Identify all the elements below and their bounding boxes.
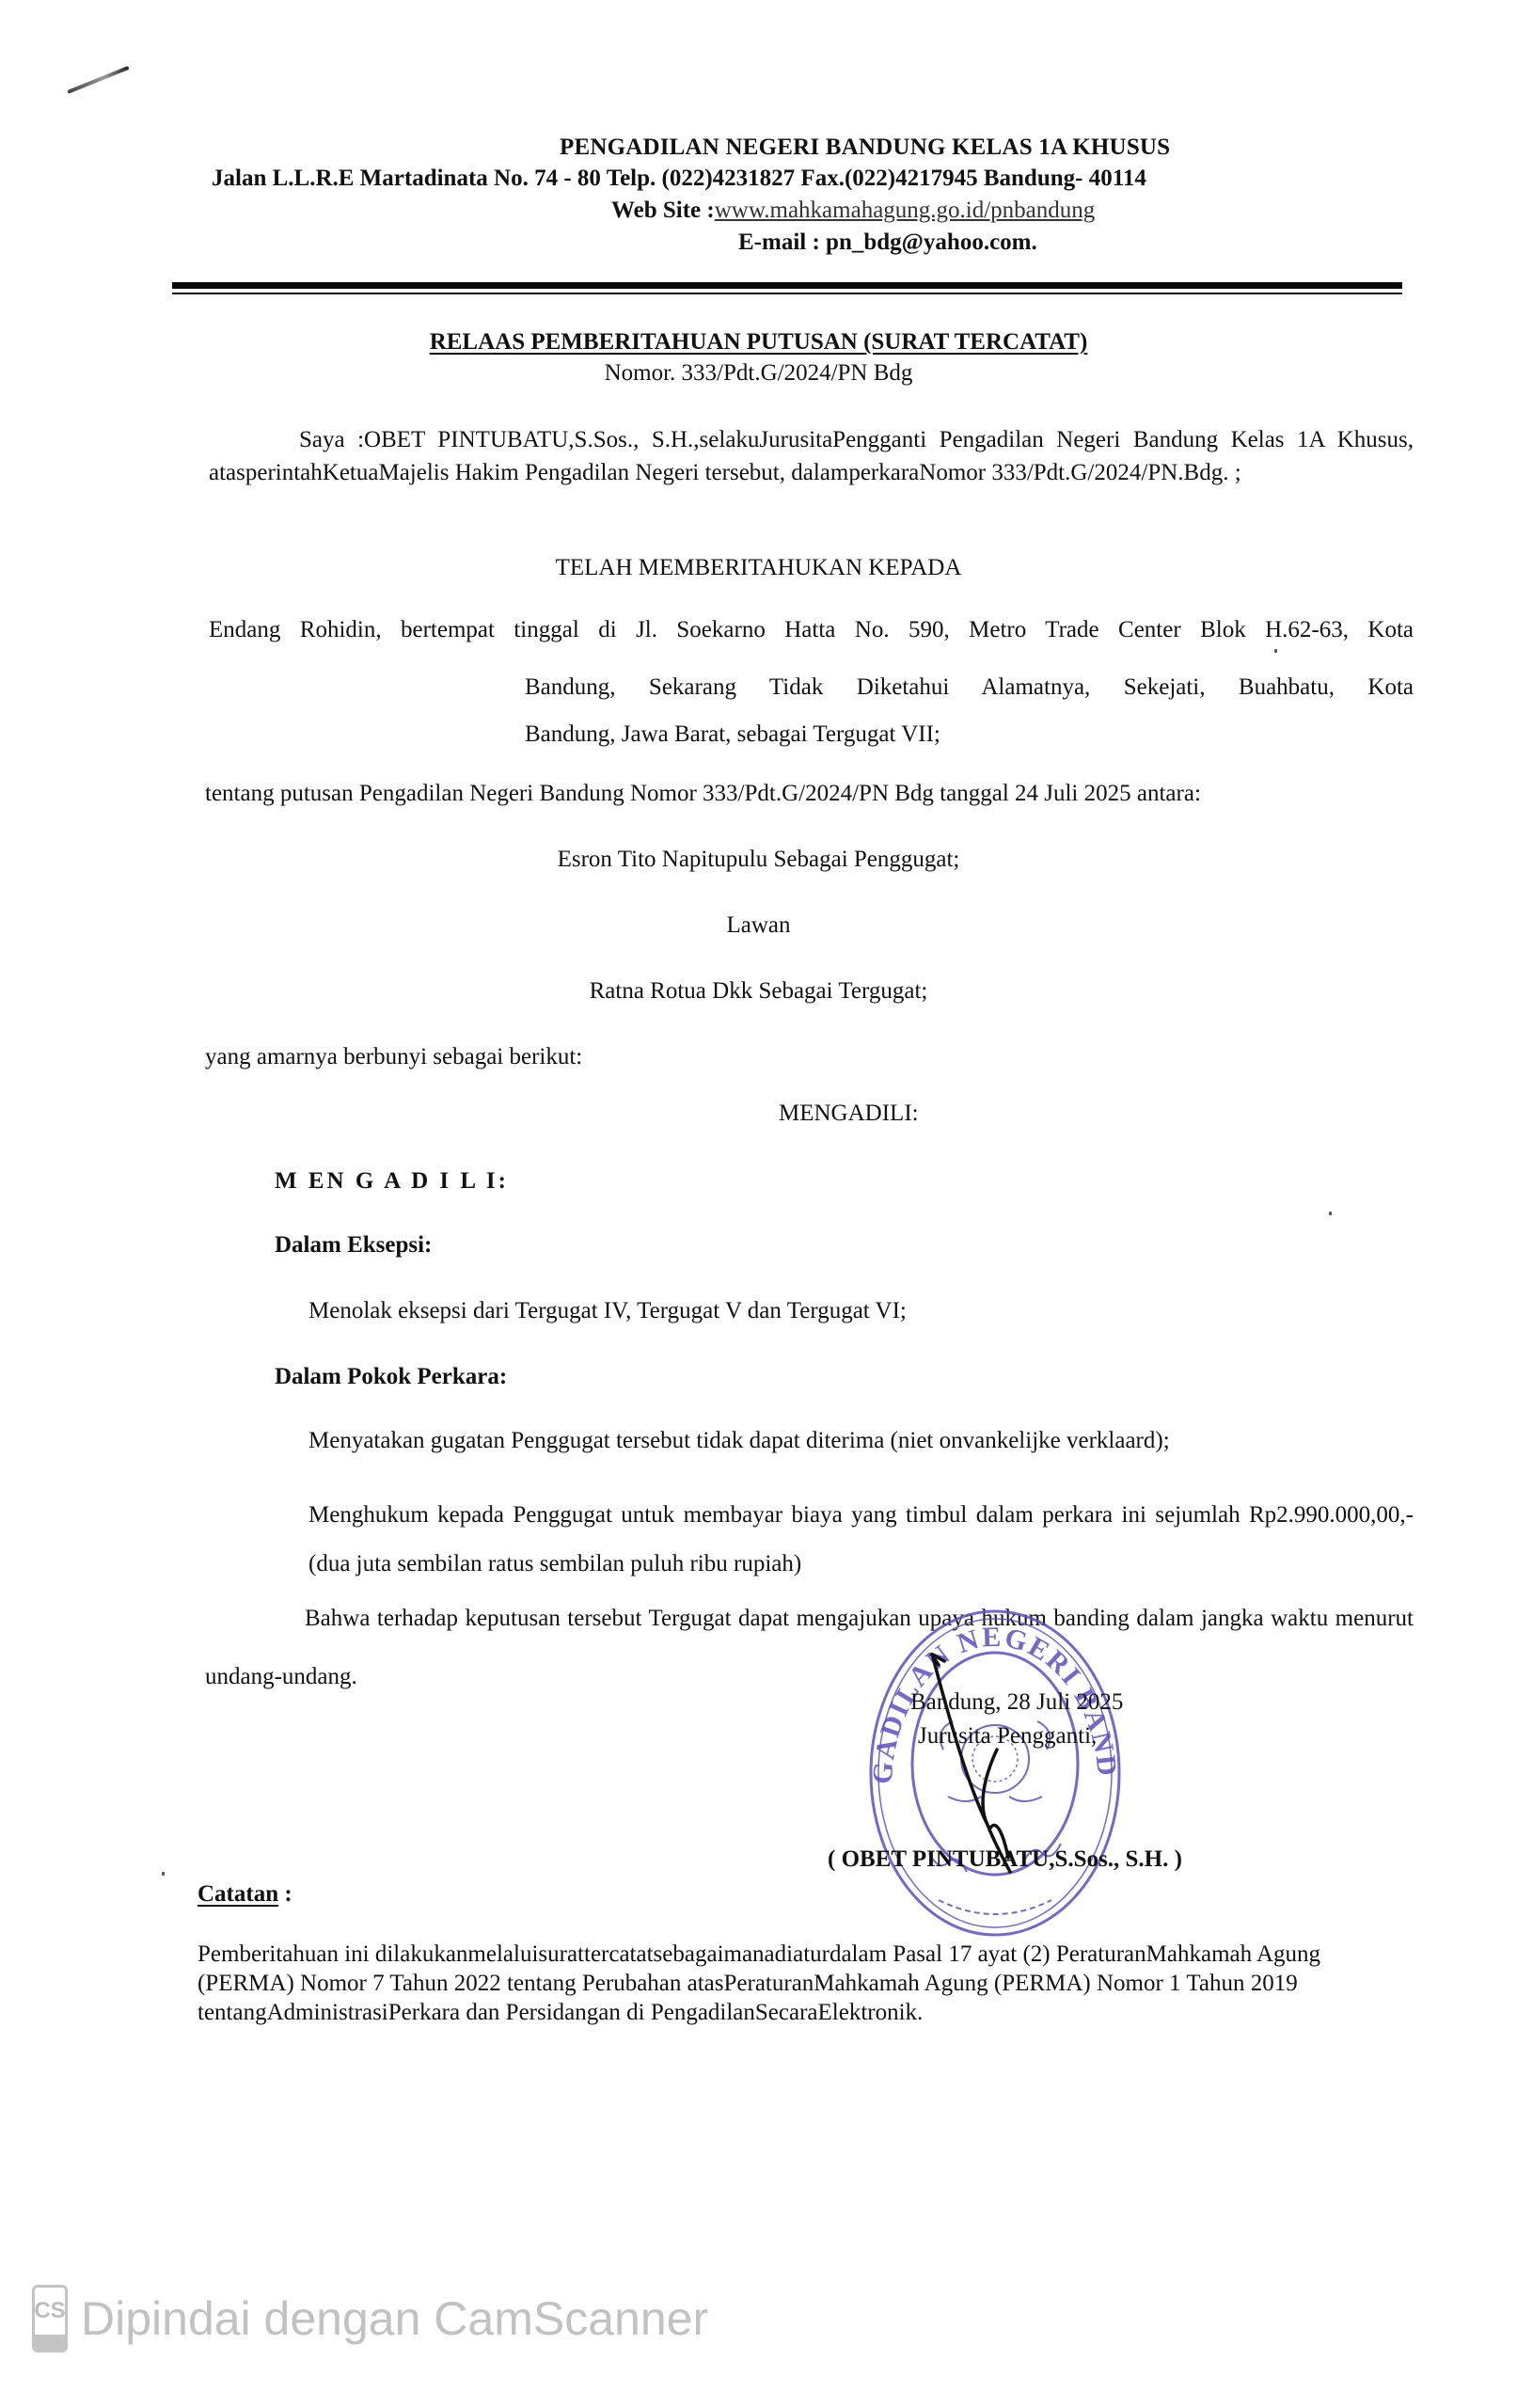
court-address: Jalan L.L.R.E Martadinata No. 74 - 80 Te… [212, 166, 1146, 192]
recipient-line-1: Endang Rohidin, bertempat tinggal di Jl.… [209, 617, 1414, 643]
website-label: Web Site : [611, 198, 715, 223]
exception-heading: Dalam Eksepsi: [275, 1232, 432, 1259]
main-case-item: Menyatakan gugatan Penggugat tersebut ti… [308, 1428, 1170, 1454]
scan-speck [162, 1872, 165, 1876]
recipient-line-2: Bandung, Sekarang Tidak Diketahui Alamat… [525, 664, 1414, 711]
about-verdict: tentang putusan Pengadilan Negeri Bandun… [205, 781, 1201, 807]
court-website: Web Site :www.mahkamahagung.go.id/pnband… [611, 198, 1095, 224]
website-link[interactable]: www.mahkamahagung.go.id/pnbandung [715, 198, 1096, 223]
letterhead-rule-thin [172, 293, 1402, 294]
appeal-note: Bahwa terhadap keputusan tersebut Tergug… [205, 1590, 1414, 1706]
recipient-line-3: Bandung, Jawa Barat, sebagai Tergugat VI… [525, 711, 1414, 758]
notes-body: Pemberitahuan ini dilakukanmelaluisuratt… [198, 1940, 1420, 2027]
main-case-heading: Dalam Pokok Perkara: [275, 1364, 507, 1390]
camscanner-logo-icon: CS [32, 2285, 68, 2353]
mengadili-bold-heading: M EN G A D I L I: [275, 1168, 509, 1195]
recipient-address-continued: Bandung, Sekarang Tidak Diketahui Alamat… [525, 664, 1414, 758]
defendant-line: Ratna Rotua Dkk Sebagai Tergugat; [0, 978, 1517, 1005]
document-title: RELAAS PEMBERITAHUAN PUTUSAN (SURAT TERC… [0, 329, 1517, 356]
camscanner-watermark: CS Dipindai dengan CamScanner [32, 2284, 708, 2353]
mengadili-heading: MENGADILI: [779, 1101, 919, 1127]
court-email: E-mail : pn_bdg@yahoo.com. [738, 230, 1037, 256]
pen-stroke-mark [67, 66, 129, 94]
letterhead-rule-thick [172, 282, 1402, 289]
exception-item: Menolak eksepsi dari Tergugat IV, Tergug… [308, 1298, 907, 1324]
handwritten-signature-icon [903, 1637, 1035, 1881]
plaintiff-line: Esron Tito Napitupulu Sebagai Penggugat; [0, 847, 1517, 873]
versus-line: Lawan [0, 912, 1517, 939]
court-name: PENGADILAN NEGERI BANDUNG KELAS 1A KHUSU… [560, 135, 1170, 161]
notes-heading: Catatan : [198, 1881, 292, 1908]
intro-paragraph: Saya :OBET PINTUBATU,S.Sos., S.H.,selaku… [209, 423, 1414, 489]
scan-speck [1329, 1212, 1332, 1215]
document-number: Nomor. 333/Pdt.G/2024/PN Bdg [0, 360, 1517, 387]
scan-speck [1274, 649, 1277, 653]
notice-heading: TELAH MEMBERITAHUKAN KEPADA [0, 555, 1517, 581]
main-case-item: Menghukum kepada Penggugat untuk membaya… [308, 1491, 1414, 1589]
camscanner-text: Dipindai dengan CamScanner [81, 2291, 708, 2346]
verdict-intro: yang amarnya berbunyi sebagai berikut: [205, 1044, 582, 1070]
